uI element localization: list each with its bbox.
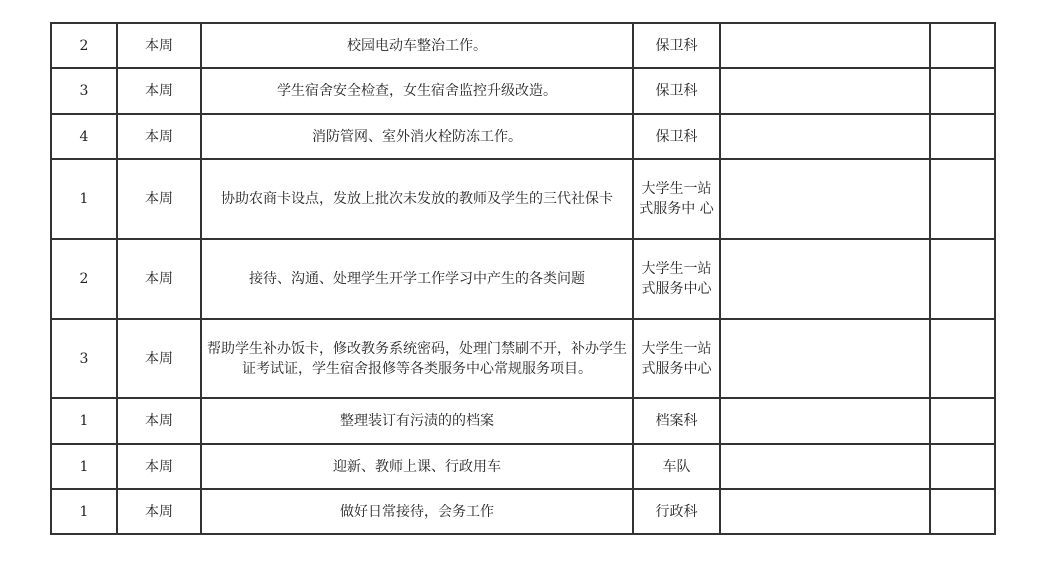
task-cell: 协助农商卡设点，发放上批次未发放的教师及学生的三代社保卡 bbox=[201, 159, 633, 239]
task-cell: 消防管网、室外消火栓防冻工作。 bbox=[201, 114, 633, 159]
row-number: 1 bbox=[51, 489, 117, 534]
empty-cell bbox=[930, 239, 995, 319]
department-cell: 车队 bbox=[633, 444, 720, 489]
empty-cell bbox=[720, 159, 930, 239]
empty-cell bbox=[720, 114, 930, 159]
time-cell: 本周 bbox=[117, 398, 201, 444]
empty-cell bbox=[720, 489, 930, 534]
row-number: 2 bbox=[51, 239, 117, 319]
time-cell: 本周 bbox=[117, 23, 201, 68]
empty-cell bbox=[930, 159, 995, 239]
table-row: 2 本周 校园电动车整治工作。 保卫科 bbox=[51, 23, 995, 68]
row-number: 3 bbox=[51, 319, 117, 398]
empty-cell bbox=[720, 398, 930, 444]
task-cell: 整理装订有污渍的的档案 bbox=[201, 398, 633, 444]
row-number: 1 bbox=[51, 444, 117, 489]
row-number: 3 bbox=[51, 68, 117, 114]
task-cell: 接待、沟通、处理学生开学工作学习中产生的各类问题 bbox=[201, 239, 633, 319]
empty-cell bbox=[930, 114, 995, 159]
row-number: 4 bbox=[51, 114, 117, 159]
empty-cell bbox=[930, 23, 995, 68]
table-row: 3 本周 帮助学生补办饭卡，修改教务系统密码，处理门禁刷不开，补办学生证考试证，… bbox=[51, 319, 995, 398]
department-cell: 保卫科 bbox=[633, 114, 720, 159]
empty-cell bbox=[930, 444, 995, 489]
time-cell: 本周 bbox=[117, 239, 201, 319]
department-cell: 行政科 bbox=[633, 489, 720, 534]
empty-cell bbox=[930, 489, 995, 534]
task-cell: 学生宿舍安全检查，女生宿舍监控升级改造。 bbox=[201, 68, 633, 114]
task-cell: 迎新、教师上课、行政用车 bbox=[201, 444, 633, 489]
empty-cell bbox=[930, 68, 995, 114]
empty-cell bbox=[930, 319, 995, 398]
table-row: 1 本周 整理装订有污渍的的档案 档案科 bbox=[51, 398, 995, 444]
row-number: 2 bbox=[51, 23, 117, 68]
department-cell: 大学生一站式服务中 心 bbox=[633, 159, 720, 239]
department-cell: 保卫科 bbox=[633, 23, 720, 68]
work-schedule-table: 2 本周 校园电动车整治工作。 保卫科 3 本周 学生宿舍安全检查，女生宿舍监控… bbox=[50, 22, 996, 535]
row-number: 1 bbox=[51, 398, 117, 444]
task-cell: 校园电动车整治工作。 bbox=[201, 23, 633, 68]
time-cell: 本周 bbox=[117, 444, 201, 489]
empty-cell bbox=[720, 444, 930, 489]
table-row: 1 本周 协助农商卡设点，发放上批次未发放的教师及学生的三代社保卡 大学生一站式… bbox=[51, 159, 995, 239]
empty-cell bbox=[720, 23, 930, 68]
empty-cell bbox=[720, 68, 930, 114]
empty-cell bbox=[720, 239, 930, 319]
table-row: 3 本周 学生宿舍安全检查，女生宿舍监控升级改造。 保卫科 bbox=[51, 68, 995, 114]
empty-cell bbox=[930, 398, 995, 444]
task-cell: 做好日常接待，会务工作 bbox=[201, 489, 633, 534]
row-number: 1 bbox=[51, 159, 117, 239]
department-cell: 档案科 bbox=[633, 398, 720, 444]
table-row: 1 本周 迎新、教师上课、行政用车 车队 bbox=[51, 444, 995, 489]
time-cell: 本周 bbox=[117, 489, 201, 534]
time-cell: 本周 bbox=[117, 319, 201, 398]
time-cell: 本周 bbox=[117, 68, 201, 114]
table-row: 1 本周 做好日常接待，会务工作 行政科 bbox=[51, 489, 995, 534]
time-cell: 本周 bbox=[117, 114, 201, 159]
empty-cell bbox=[720, 319, 930, 398]
table-row: 4 本周 消防管网、室外消火栓防冻工作。 保卫科 bbox=[51, 114, 995, 159]
department-cell: 保卫科 bbox=[633, 68, 720, 114]
department-cell: 大学生一站式服务中心 bbox=[633, 319, 720, 398]
table-row: 2 本周 接待、沟通、处理学生开学工作学习中产生的各类问题 大学生一站式服务中心 bbox=[51, 239, 995, 319]
department-cell: 大学生一站式服务中心 bbox=[633, 239, 720, 319]
time-cell: 本周 bbox=[117, 159, 201, 239]
task-cell: 帮助学生补办饭卡，修改教务系统密码，处理门禁刷不开，补办学生证考试证，学生宿舍报… bbox=[201, 319, 633, 398]
